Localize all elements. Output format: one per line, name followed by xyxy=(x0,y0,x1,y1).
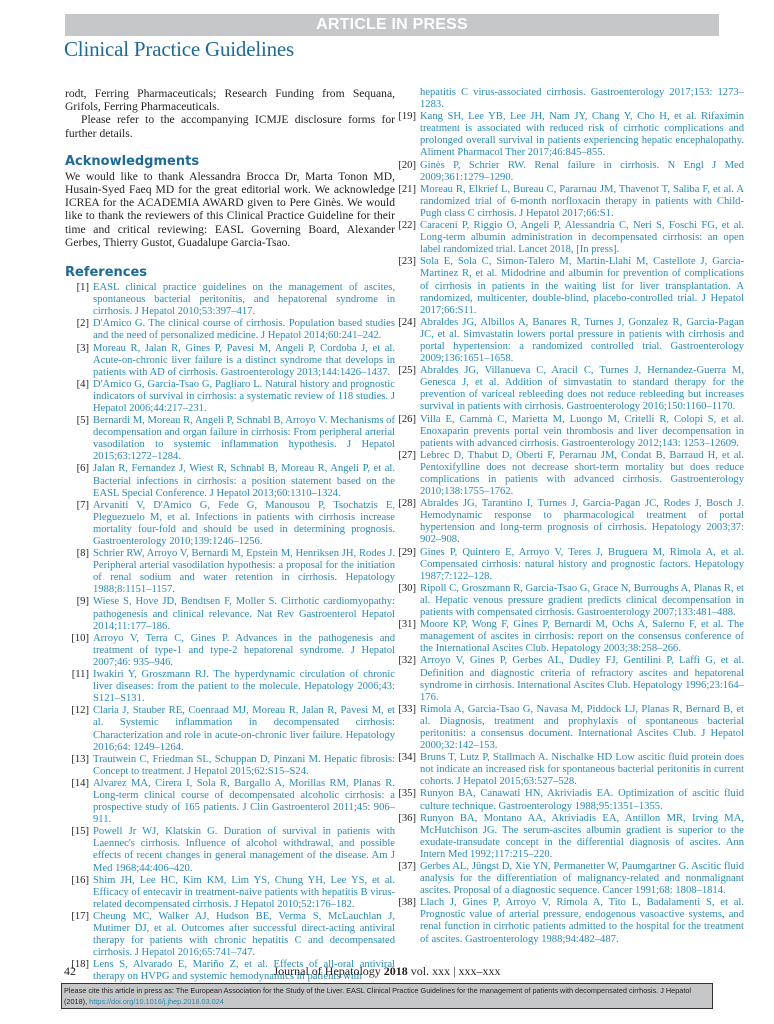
reference-item: [35]Runyon BA, Canawati HN, Akriviadis E… xyxy=(412,788,744,812)
reference-number: [29] xyxy=(394,547,420,583)
reference-number: [9] xyxy=(65,596,93,632)
reference-text[interactable]: D'Amico G, Garcia-Tsao G, Pagliaro L. Na… xyxy=(93,379,395,415)
article-in-press-banner: ARTICLE IN PRESS xyxy=(65,14,719,36)
reference-item: [3]Moreau R, Jalan R, Gines P, Pavesi M,… xyxy=(65,343,395,379)
disclosure-paragraph: rodt, Ferring Pharmaceuticals; Research … xyxy=(65,87,395,113)
reference-text[interactable]: Iwakiri Y, Groszmann RJ. The hyperdynami… xyxy=(93,669,395,705)
reference-item: [2]D'Amico G. The clinical course of cir… xyxy=(65,318,395,342)
reference-item: [28]Abraldes JG, Tarantino I, Turnes J, … xyxy=(412,498,744,546)
reference-item: [29]Gines P, Quintero E, Arroyo V, Teres… xyxy=(412,547,744,583)
reference-item: [30]Ripoll C, Groszmann R, Garcia-Tsao G… xyxy=(412,583,744,619)
reference-text[interactable]: Abraldes JG, Villanueva C, Aracil C, Tur… xyxy=(420,365,744,413)
reference-text[interactable]: Arroyo V, Gines P, Gerbes AL, Dudley FJ,… xyxy=(420,655,744,703)
reference-item: [22]Caraceni P, Riggio O, Angeli P, Ales… xyxy=(412,220,744,256)
reference-item: [13]Trautwein C, Friedman SL, Schuppan D… xyxy=(65,754,395,778)
reference-item: [26]Villa E, Cammà C, Marietta M, Luongo… xyxy=(412,414,744,450)
reference-text[interactable]: Wiese S, Hove JD, Bendtsen F, Moller S. … xyxy=(93,596,395,632)
reference-item: [21]Moreau R, Elkrief L, Bureau C, Parar… xyxy=(412,184,744,220)
reference-text[interactable]: Sola E, Sola C, Simon-Talero M, Martin-L… xyxy=(420,256,744,316)
acknowledgments-text: We would like to thank Alessandra Brocca… xyxy=(65,170,395,249)
reference-text[interactable]: Lebrec D, Thabut D, Oberti F, Perarnau J… xyxy=(420,450,744,498)
reference-item: [17]Cheung MC, Walker AJ, Hudson BE, Ver… xyxy=(65,911,395,959)
reference-number: [28] xyxy=(394,498,420,546)
reference-text[interactable]: Jalan R, Fernandez J, Wiest R, Schnabl B… xyxy=(93,463,395,499)
reference-continuation: hepatitis C virus-associated cirrhosis. … xyxy=(412,87,744,111)
doi-link[interactable]: https://doi.org/10.1016/j.jhep.2018.03.0… xyxy=(89,997,224,1006)
reference-text[interactable]: Runyon BA, Canawati HN, Akriviadis EA. O… xyxy=(420,788,744,812)
reference-number: [3] xyxy=(65,343,93,379)
reference-number: [30] xyxy=(394,583,420,619)
reference-item: [34]Bruns T, Lutz P, Stallmach A. Nischa… xyxy=(412,752,744,788)
reference-item: [33]Rimola A, Garcia-Tsao G, Navasa M, P… xyxy=(412,704,744,752)
reference-number: [13] xyxy=(65,754,93,778)
reference-number xyxy=(394,87,420,111)
journal-citation-line: Journal of Hepatology 2018 vol. xxx | xx… xyxy=(0,964,774,979)
reference-number: [15] xyxy=(65,826,93,874)
reference-item: [27]Lebrec D, Thabut D, Oberti F, Perarn… xyxy=(412,450,744,498)
reference-number: [12] xyxy=(65,705,93,753)
reference-item: [38]Llach J, Gines P, Arroyo V, Rimola A… xyxy=(412,897,744,945)
reference-text[interactable]: Kang SH, Lee YB, Lee JH, Nam JY, Chang Y… xyxy=(420,111,744,159)
reference-number: [36] xyxy=(394,813,420,861)
acknowledgments-heading: Acknowledgments xyxy=(65,154,395,169)
reference-text[interactable]: Caraceni P, Riggio O, Angeli P, Alessand… xyxy=(420,220,744,256)
reference-text[interactable]: Moreau R, Elkrief L, Bureau C, Pararnau … xyxy=(420,184,744,220)
reference-number: [26] xyxy=(394,414,420,450)
reference-list-right: [19]Kang SH, Lee YB, Lee JH, Nam JY, Cha… xyxy=(412,111,744,945)
reference-text[interactable]: Ginès P, Schrier RW. Renal failure in ci… xyxy=(420,160,744,184)
reference-item: [19]Kang SH, Lee YB, Lee JH, Nam JY, Cha… xyxy=(412,111,744,159)
cite-this-article-box: Please cite this article in press as: Th… xyxy=(61,983,713,1009)
reference-number: [35] xyxy=(394,788,420,812)
left-column: rodt, Ferring Pharmaceuticals; Research … xyxy=(65,87,395,983)
reference-text[interactable]: Abraldes JG, Tarantino I, Turnes J, Garc… xyxy=(420,498,744,546)
reference-number: [23] xyxy=(394,256,420,316)
reference-number: [37] xyxy=(394,861,420,897)
reference-number: [33] xyxy=(394,704,420,752)
journal-name: Journal of Hepatology xyxy=(273,964,383,978)
reference-item: [23]Sola E, Sola C, Simon-Talero M, Mart… xyxy=(412,256,744,316)
reference-item: [20]Ginès P, Schrier RW. Renal failure i… xyxy=(412,160,744,184)
reference-text[interactable]: Gerbes AL, Jüngst D, Xie YN, Permanetter… xyxy=(420,861,744,897)
reference-text[interactable]: Arroyo V, Terra C, Gines P. Advances in … xyxy=(93,633,395,669)
reference-text[interactable]: Runyon BA, Montano AA, Akriviadis EA, An… xyxy=(420,813,744,861)
reference-text[interactable]: Cheung MC, Walker AJ, Hudson BE, Verma S… xyxy=(93,911,395,959)
reference-item: [8]Schrier RW, Arroyo V, Bernardi M, Eps… xyxy=(65,548,395,596)
right-column: hepatitis C virus-associated cirrhosis. … xyxy=(412,87,744,946)
reference-number: [21] xyxy=(394,184,420,220)
reference-text[interactable]: hepatitis C virus-associated cirrhosis. … xyxy=(420,87,744,111)
reference-number: [10] xyxy=(65,633,93,669)
reference-item: [10]Arroyo V, Terra C, Gines P. Advances… xyxy=(65,633,395,669)
reference-text[interactable]: Llach J, Gines P, Arroyo V, Rimola A, Ti… xyxy=(420,897,744,945)
reference-item: [24]Abraldes JG, Albillos A, Banares R, … xyxy=(412,317,744,365)
reference-number: [38] xyxy=(394,897,420,945)
reference-text[interactable]: Trautwein C, Friedman SL, Schuppan D, Pi… xyxy=(93,754,395,778)
reference-number: [4] xyxy=(65,379,93,415)
reference-text[interactable]: Arvaniti V, D'Amico G, Fede G, Manousou … xyxy=(93,500,395,548)
reference-text[interactable]: Moreau R, Jalan R, Gines P, Pavesi M, An… xyxy=(93,343,395,379)
reference-number: [20] xyxy=(394,160,420,184)
reference-number: [19] xyxy=(394,111,420,159)
reference-number: [17] xyxy=(65,911,93,959)
reference-number: [8] xyxy=(65,548,93,596)
reference-item: [9]Wiese S, Hove JD, Bendtsen F, Moller … xyxy=(65,596,395,632)
references-heading: References xyxy=(65,265,395,280)
reference-item: [5]Bernardi M, Moreau R, Angeli P, Schna… xyxy=(65,415,395,463)
reference-number: [7] xyxy=(65,500,93,548)
reference-text[interactable]: Moore KP, Wong F, Gines P, Bernardi M, O… xyxy=(420,619,744,655)
reference-item: [6]Jalan R, Fernandez J, Wiest R, Schnab… xyxy=(65,463,395,499)
reference-item: [1]EASL clinical practice guidelines on … xyxy=(65,282,395,318)
reference-text[interactable]: Bruns T, Lutz P, Stallmach A. Nischalke … xyxy=(420,752,744,788)
journal-year: 2018 xyxy=(384,964,408,978)
reference-number: [25] xyxy=(394,365,420,413)
reference-number: [1] xyxy=(65,282,93,318)
reference-text[interactable]: Ripoll C, Groszmann R, Garcia-Tsao G, Gr… xyxy=(420,583,744,619)
reference-number: [31] xyxy=(394,619,420,655)
reference-number: [11] xyxy=(65,669,93,705)
reference-number: [24] xyxy=(394,317,420,365)
reference-item: [15]Powell Jr WJ, Klatskin G. Duration o… xyxy=(65,826,395,874)
reference-text[interactable]: D'Amico G. The clinical course of cirrho… xyxy=(93,318,395,342)
reference-number: [34] xyxy=(394,752,420,788)
reference-number: [27] xyxy=(394,450,420,498)
reference-number: [16] xyxy=(65,875,93,911)
reference-number: [5] xyxy=(65,415,93,463)
reference-text[interactable]: Villa E, Cammà C, Marietta M, Luongo M, … xyxy=(420,414,744,450)
reference-item: [12]Claria J, Stauber RE, Coenraad MJ, M… xyxy=(65,705,395,753)
reference-item: [16]Shim JH, Lee HC, Kim KM, Lim YS, Chu… xyxy=(65,875,395,911)
reference-text[interactable]: Schrier RW, Arroyo V, Bernardi M, Epstei… xyxy=(93,548,395,596)
reference-text[interactable]: Bernardi M, Moreau R, Angeli P, Schnabl … xyxy=(93,415,395,463)
reference-text[interactable]: Powell Jr WJ, Klatskin G. Duration of su… xyxy=(93,826,395,874)
reference-number: [6] xyxy=(65,463,93,499)
reference-text[interactable]: Shim JH, Lee HC, Kim KM, Lim YS, Chung Y… xyxy=(93,875,395,911)
disclosure-forms-paragraph: Please refer to the accompanying ICMJE d… xyxy=(65,113,395,139)
reference-number: [22] xyxy=(394,220,420,256)
reference-item: [37]Gerbes AL, Jüngst D, Xie YN, Permane… xyxy=(412,861,744,897)
reference-item: [4]D'Amico G, Garcia-Tsao G, Pagliaro L.… xyxy=(65,379,395,415)
reference-item: [32]Arroyo V, Gines P, Gerbes AL, Dudley… xyxy=(412,655,744,703)
reference-list-left: [1]EASL clinical practice guidelines on … xyxy=(65,282,395,983)
reference-number: [32] xyxy=(394,655,420,703)
reference-text[interactable]: Claria J, Stauber RE, Coenraad MJ, Morea… xyxy=(93,705,395,753)
section-label: Clinical Practice Guidelines xyxy=(64,37,294,62)
reference-item: [14]Alvarez MA, Cirera I, Sola R, Bargal… xyxy=(65,778,395,826)
journal-volume: vol. xxx | xxx–xxx xyxy=(408,964,501,978)
reference-text[interactable]: Gines P, Quintero E, Arroyo V, Teres J, … xyxy=(420,547,744,583)
reference-number: [14] xyxy=(65,778,93,826)
reference-number: [2] xyxy=(65,318,93,342)
reference-item: [31]Moore KP, Wong F, Gines P, Bernardi … xyxy=(412,619,744,655)
reference-text[interactable]: EASL clinical practice guidelines on the… xyxy=(93,282,395,318)
reference-item: [36]Runyon BA, Montano AA, Akriviadis EA… xyxy=(412,813,744,861)
reference-item: [25]Abraldes JG, Villanueva C, Aracil C,… xyxy=(412,365,744,413)
reference-item: [11]Iwakiri Y, Groszmann RJ. The hyperdy… xyxy=(65,669,395,705)
reference-text[interactable]: Abraldes JG, Albillos A, Banares R, Turn… xyxy=(420,317,744,365)
reference-text[interactable]: Alvarez MA, Cirera I, Sola R, Bargallo A… xyxy=(93,778,395,826)
reference-item: [7]Arvaniti V, D'Amico G, Fede G, Manous… xyxy=(65,500,395,548)
reference-text[interactable]: Rimola A, Garcia-Tsao G, Navasa M, Piddo… xyxy=(420,704,744,752)
